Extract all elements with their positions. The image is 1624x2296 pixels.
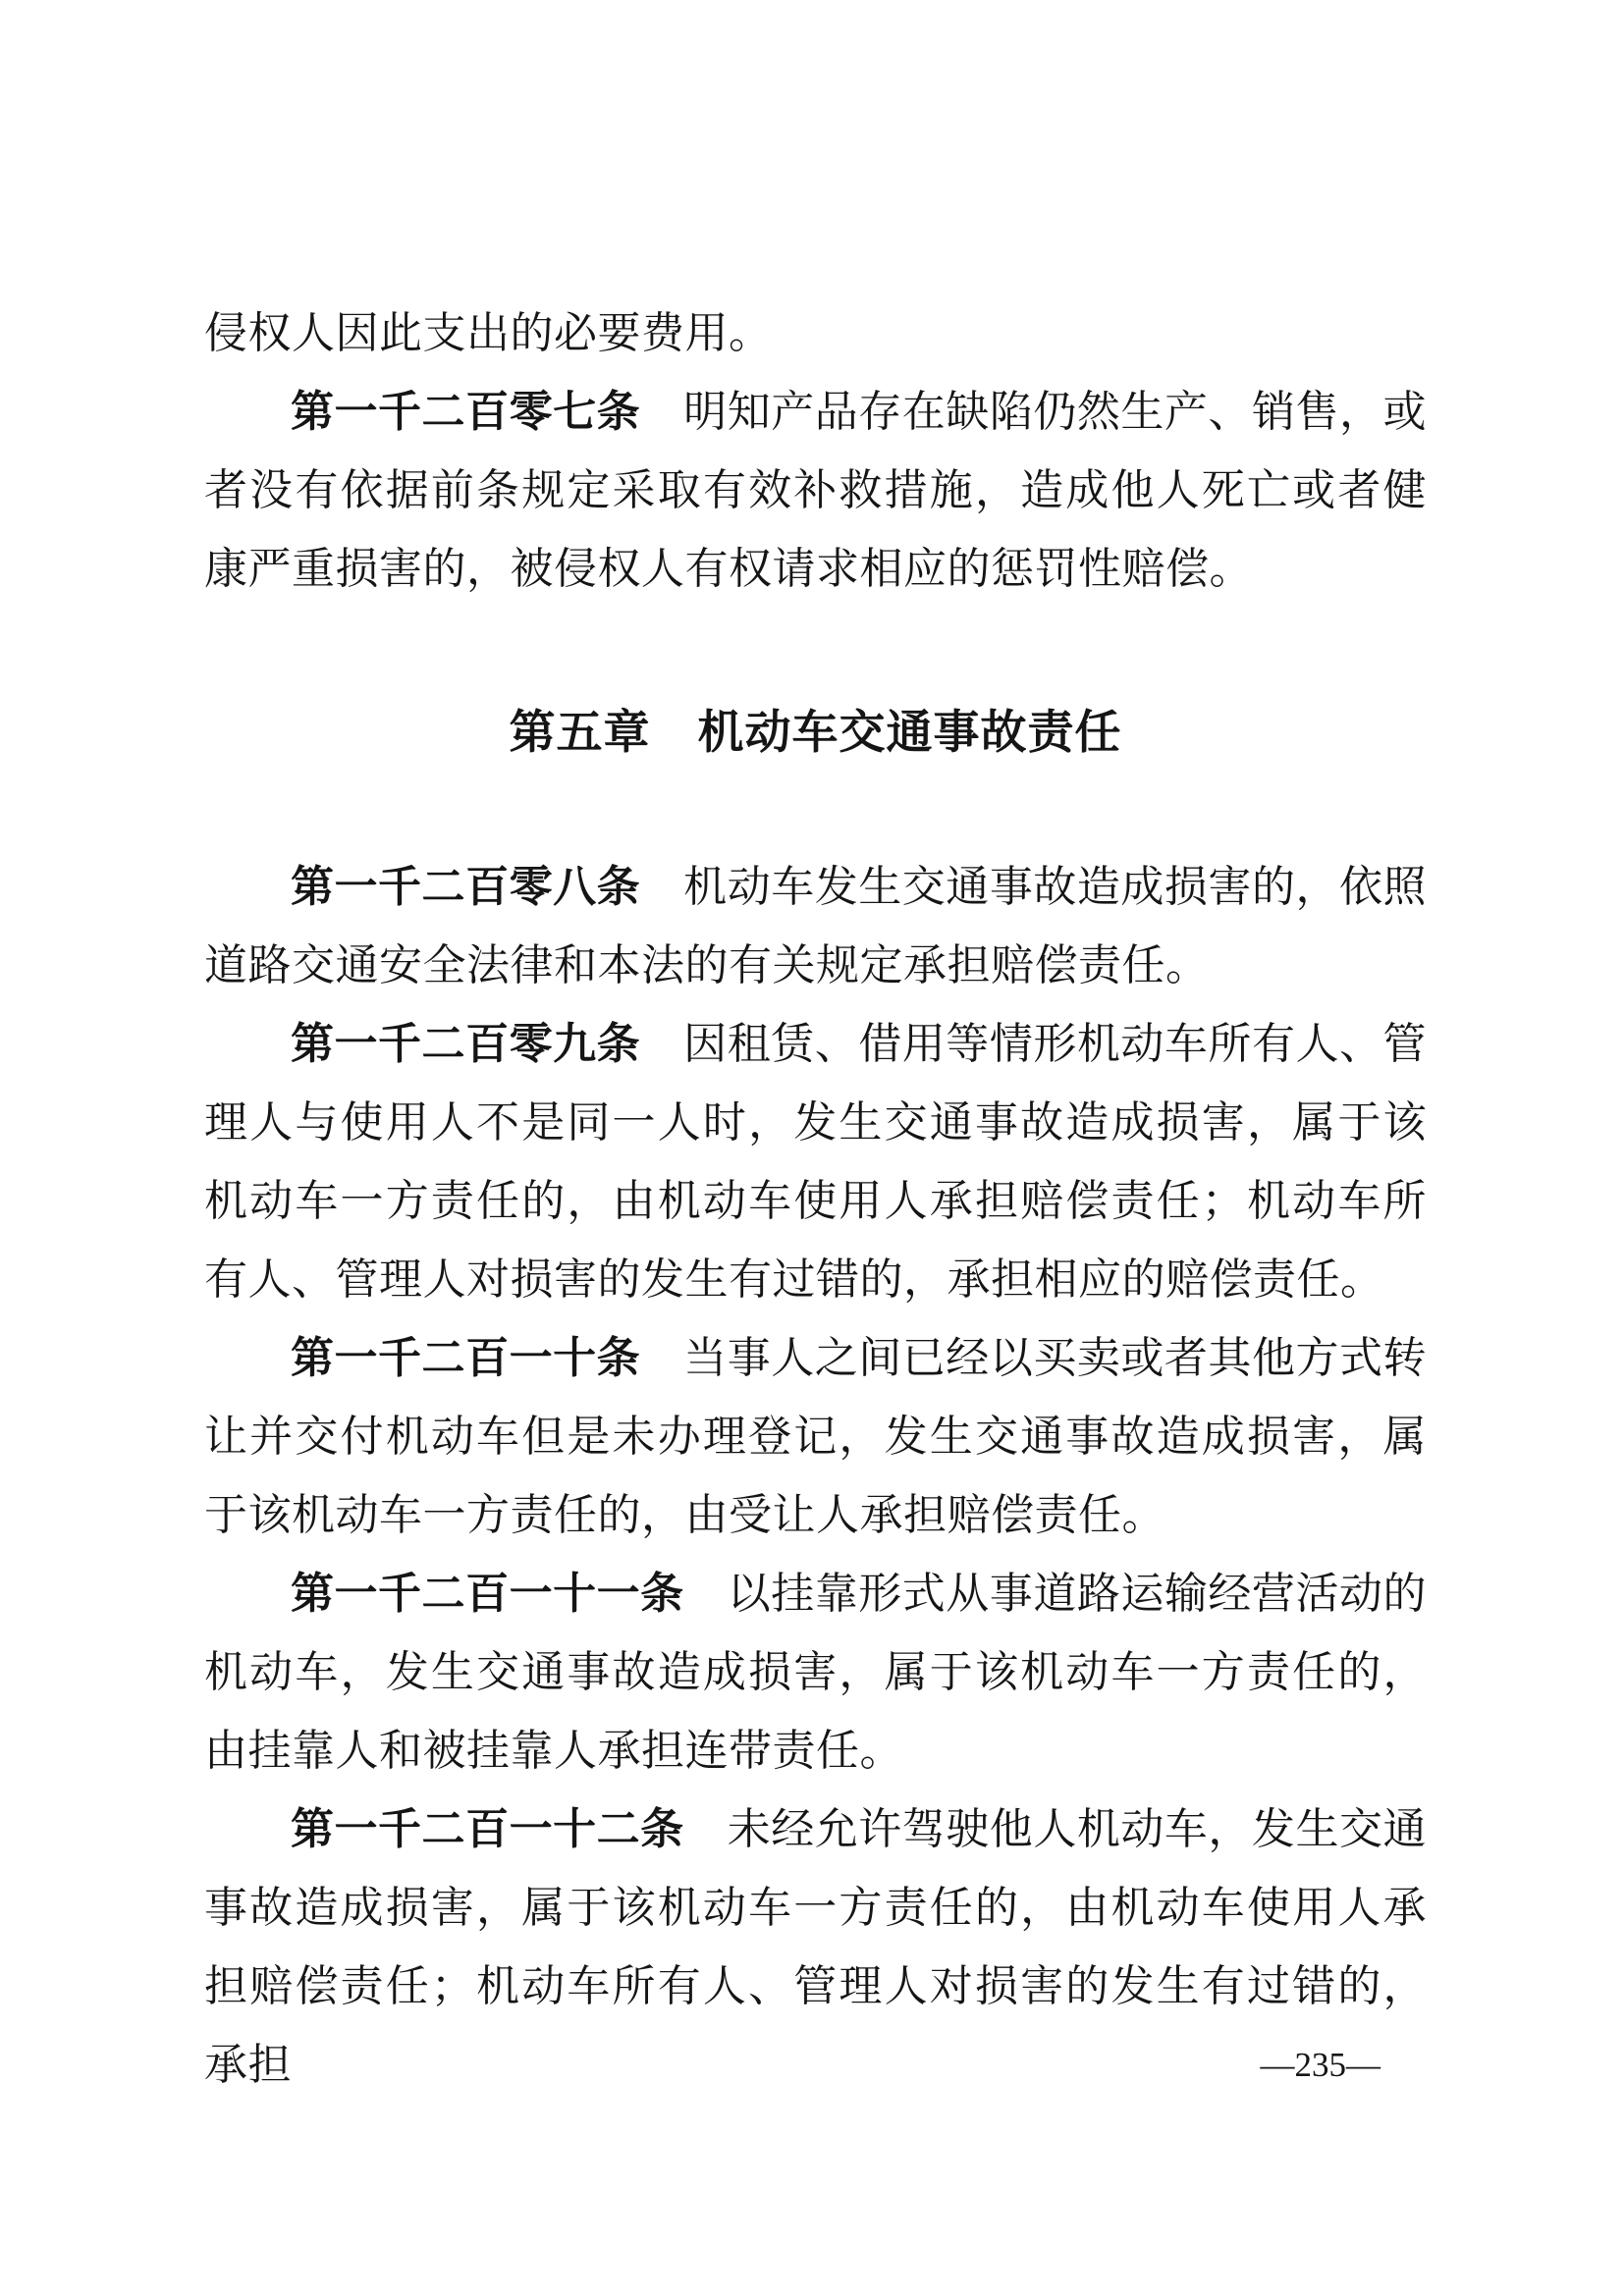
article-paragraph-1207: 第一千二百零七条明知产品存在缺陷仍然生产、销售，或者没有依据前条规定采取有效补救… [204,373,1427,609]
article-number: 第一千二百一十一条 [291,1570,684,1618]
article-paragraph-1211: 第一千二百一十一条以挂靠形式从事道路运输经营活动的机动车，发生交通事故造成损害，… [204,1555,1427,1790]
article-paragraph-1209: 第一千二百零九条因租赁、借用等情形机动车所有人、管理人与使用人不是同一人时，发生… [204,1005,1427,1319]
article-paragraph-1208: 第一千二百零八条机动车发生交通事故造成损害的，依照道路交通安全法律和本法的有关规… [204,848,1427,1005]
page-number: —235— [1261,2044,1381,2087]
chapter-heading: 第五章 机动车交通事故责任 [204,693,1427,772]
article-number: 第一千二百零八条 [291,863,640,911]
article-number: 第一千二百零九条 [291,1020,640,1068]
article-number: 第一千二百一十条 [291,1334,640,1382]
article-number: 第一千二百零七条 [291,388,640,436]
article-paragraph-1212: 第一千二百一十二条未经允许驾驶他人机动车，发生交通事故造成损害，属于该机动车一方… [204,1790,1427,2105]
text-block: 侵权人因此支出的必要费用。 第一千二百零七条明知产品存在缺陷仍然生产、销售，或者… [204,294,1427,2105]
document-page: 侵权人因此支出的必要费用。 第一千二百零七条明知产品存在缺陷仍然生产、销售，或者… [0,0,1624,2296]
continuation-paragraph: 侵权人因此支出的必要费用。 [204,294,1427,373]
article-paragraph-1210: 第一千二百一十条当事人之间已经以买卖或者其他方式转让并交付机动车但是未办理登记，… [204,1319,1427,1555]
article-number: 第一千二百一十二条 [291,1805,684,1853]
